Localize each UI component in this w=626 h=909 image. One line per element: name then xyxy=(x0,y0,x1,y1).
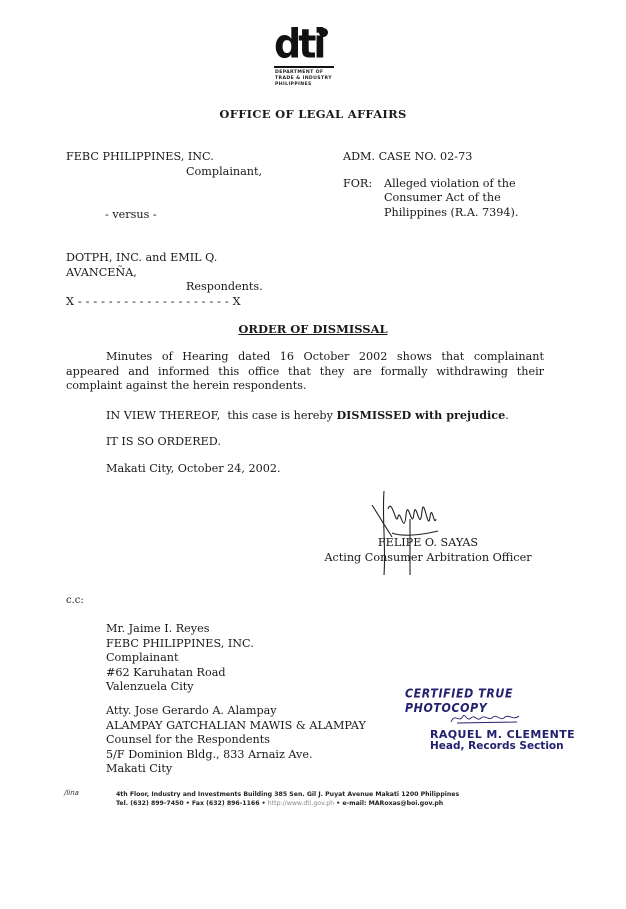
order-paragraph-3: IT IS SO ORDERED. xyxy=(106,435,221,450)
for-text-line: Consumer Act of the xyxy=(384,191,518,206)
logo-subtitle-1: DEPARTMENT OF xyxy=(275,70,335,76)
footer-tel-fax: Tel. (632) 899-7450 • Fax (632) 896-1166… xyxy=(116,800,268,807)
logo-mark: dti xyxy=(274,25,323,63)
stamp-signature xyxy=(447,710,527,726)
cc-line: Counsel for the Respondents xyxy=(106,733,366,748)
footer-website: http://www.dti.gov.ph xyxy=(268,800,334,807)
complainant-name: FEBC PHILIPPINES, INC. xyxy=(66,150,306,165)
paragraph-2-prefix: IN VIEW THEREOF, this case is hereby xyxy=(106,409,336,422)
order-paragraph-1: Minutes of Hearing dated 16 October 2002… xyxy=(66,350,544,394)
versus-label: - versus - xyxy=(105,208,157,223)
respondents-block: DOTPH, INC. and EMIL Q. AVANCEÑA, Respon… xyxy=(66,251,326,309)
case-for-row: FOR: Alleged violation of the Consumer A… xyxy=(343,177,583,221)
logo-divider xyxy=(274,66,334,68)
logo-subtitle-2: TRADE & INDUSTRY xyxy=(275,76,335,82)
cc-line: Valenzuela City xyxy=(106,680,254,695)
paragraph-2-suffix: . xyxy=(505,409,509,422)
cc-line: Makati City xyxy=(106,762,366,777)
cc-label: c.c: xyxy=(66,594,84,609)
cc-recipient-complainant: Mr. Jaime I. Reyes FEBC PHILIPPINES, INC… xyxy=(106,622,254,695)
office-title: OFFICE OF LEGAL AFFAIRS xyxy=(0,107,626,122)
footer-contact-line: Tel. (632) 899-7450 • Fax (632) 896-1166… xyxy=(116,800,459,809)
caption-separator: X - - - - - - - - - - - - - - - - - - - … xyxy=(66,295,326,310)
respondents-label: Respondents. xyxy=(66,280,326,295)
for-label: FOR: xyxy=(343,177,384,221)
dismissal-ruling: DISMISSED with prejudice xyxy=(336,408,505,422)
cc-line: #62 Karuhatan Road xyxy=(106,666,254,681)
cc-line: FEBC PHILIPPINES, INC. xyxy=(106,637,254,652)
complainant-block: FEBC PHILIPPINES, INC. Complainant, xyxy=(66,150,306,179)
case-info-block: ADM. CASE NO. 02-73 FOR: Alleged violati… xyxy=(343,150,583,220)
footer-address: 4th Floor, Industry and Investments Buil… xyxy=(116,791,459,808)
place-date: Makati City, October 24, 2002. xyxy=(106,462,281,477)
cc-line: Complainant xyxy=(106,651,254,666)
signatory-name: FELIPE O. SAYAS xyxy=(305,536,551,551)
order-title: ORDER OF DISMISSAL xyxy=(0,322,626,337)
for-text-line: Philippines (R.A. 7394). xyxy=(384,206,518,221)
for-text: Alleged violation of the Consumer Act of… xyxy=(384,177,518,221)
cc-line: ALAMPAY GATCHALIAN MAWIS & ALAMPAY xyxy=(106,719,366,734)
footer-email: • e-mail: MARoxas@boi.gov.ph xyxy=(334,800,443,807)
respondent-name-line: DOTPH, INC. and EMIL Q. xyxy=(66,251,326,266)
stamp-section: Head, Records Section xyxy=(430,740,564,752)
cc-line: Mr. Jaime I. Reyes xyxy=(106,622,254,637)
certified-true-copy-stamp: CERTIFIED TRUE PHOTOCOPY RAQUEL M. CLEME… xyxy=(405,688,585,714)
logo-subtitle-3: PHILIPPINES xyxy=(275,82,335,88)
signatory-title: Acting Consumer Arbitration Officer xyxy=(305,551,551,566)
case-number: ADM. CASE NO. 02-73 xyxy=(343,150,583,165)
signatory-block: FELIPE O. SAYAS Acting Consumer Arbitrat… xyxy=(305,536,551,565)
cc-line: Atty. Jose Gerardo A. Alampay xyxy=(106,704,366,719)
cc-line: 5/F Dominion Bldg., 833 Arnaiz Ave. xyxy=(106,748,366,763)
footer-address-line: 4th Floor, Industry and Investments Buil… xyxy=(116,791,459,800)
dti-logo: dti DEPARTMENT OF TRADE & INDUSTRY PHILI… xyxy=(272,26,338,92)
logo-dot xyxy=(319,28,328,37)
complainant-label: Complainant, xyxy=(66,165,306,180)
order-paragraph-2: IN VIEW THEREOF, this case is hereby DIS… xyxy=(106,408,509,424)
typist-initials: /lina xyxy=(64,789,79,797)
cc-recipient-counsel: Atty. Jose Gerardo A. Alampay ALAMPAY GA… xyxy=(106,704,366,777)
for-text-line: Alleged violation of the xyxy=(384,177,518,192)
respondent-name-line: AVANCEÑA, xyxy=(66,266,326,281)
